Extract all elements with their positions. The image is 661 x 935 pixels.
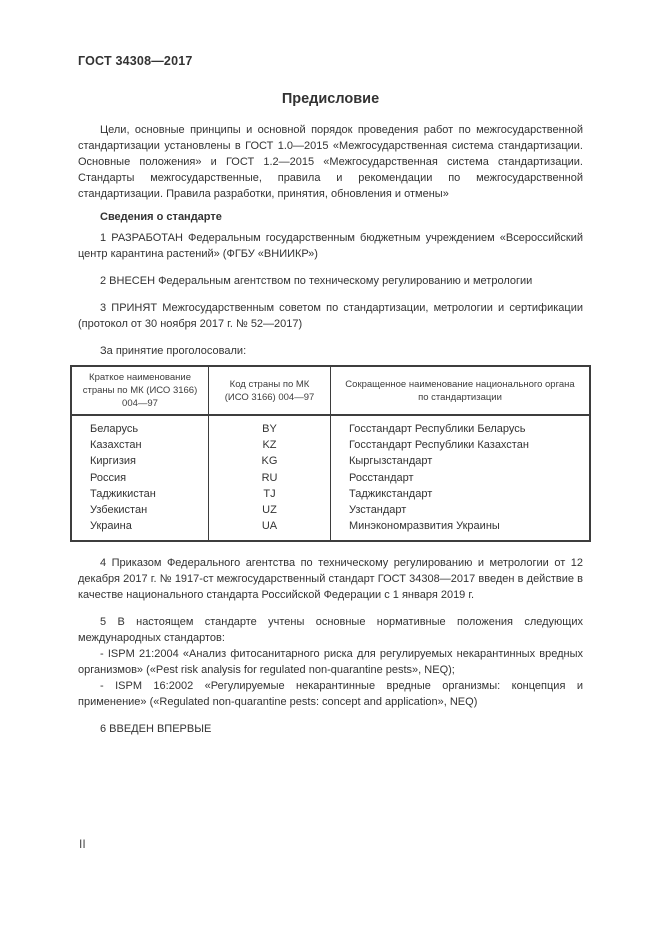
country-cell: Беларусь xyxy=(71,415,209,437)
item-standards-ref-ispm21: - ISPM 21:2004 «Анализ фитосанитарного р… xyxy=(78,646,583,678)
col-header-country: Краткое наименование страны по МК (ИСО 3… xyxy=(71,366,209,415)
item-adopted: 3 ПРИНЯТ Межгосударственным советом по с… xyxy=(78,300,583,332)
org-cell: Кыргызстандарт xyxy=(330,453,590,469)
country-cell: Украина xyxy=(71,518,209,541)
country-cell: Казахстан xyxy=(71,437,209,453)
doc-code: ГОСТ 34308—2017 xyxy=(78,54,583,68)
table-row: Беларусь BY Госстандарт Республики Белар… xyxy=(71,415,590,437)
table-row: Казахстан KZ Госстандарт Республики Каза… xyxy=(71,437,590,453)
table-row: Таджикистан TJ Таджикстандарт xyxy=(71,486,590,502)
table-row: Россия RU Росстандарт xyxy=(71,470,590,486)
table-row: Узбекистан UZ Узстандарт xyxy=(71,502,590,518)
item-standards-ref-ispm16: - ISPM 16:2002 «Регулируемые некарантинн… xyxy=(78,678,583,710)
code-cell: BY xyxy=(209,415,331,437)
org-cell: Узстандарт xyxy=(330,502,590,518)
country-cell: Киргизия xyxy=(71,453,209,469)
org-cell: Госстандарт Республики Казахстан xyxy=(330,437,590,453)
item-first-introduced: 6 ВВЕДЕН ВПЕРВЫЕ xyxy=(78,721,583,737)
col-header-code: Код страны по МК (ИСО 3166) 004—97 xyxy=(209,366,331,415)
vote-table-header: Краткое наименование страны по МК (ИСО 3… xyxy=(71,366,590,415)
org-cell: Минэкономразвития Украины xyxy=(330,518,590,541)
item-developed: 1 РАЗРАБОТАН Федеральным государственным… xyxy=(78,230,583,262)
country-cell: Узбекистан xyxy=(71,502,209,518)
item-submitted: 2 ВНЕСЕН Федеральным агентством по техни… xyxy=(78,273,583,289)
code-cell: UA xyxy=(209,518,331,541)
org-cell: Росстандарт xyxy=(330,470,590,486)
item-order: 4 Приказом Федерального агентства по тех… xyxy=(78,555,583,603)
code-cell: UZ xyxy=(209,502,331,518)
col-header-org: Сокращенное наименование национального о… xyxy=(330,366,590,415)
page-title: Предисловие xyxy=(78,91,583,107)
intro-paragraph: Цели, основные принципы и основной поряд… xyxy=(78,122,583,202)
country-cell: Таджикистан xyxy=(71,486,209,502)
code-cell: KZ xyxy=(209,437,331,453)
table-row: Киргизия KG Кыргызстандарт xyxy=(71,453,590,469)
code-cell: RU xyxy=(209,470,331,486)
org-cell: Таджикстандарт xyxy=(330,486,590,502)
document-page: ГОСТ 34308—2017 Предисловие Цели, основн… xyxy=(0,0,661,935)
table-row: Украина UA Минэкономразвития Украины xyxy=(71,518,590,541)
code-cell: KG xyxy=(209,453,331,469)
standard-info-heading: Сведения о стандарте xyxy=(78,209,583,225)
org-cell: Госстандарт Республики Беларусь xyxy=(330,415,590,437)
page-number: II xyxy=(79,837,86,851)
code-cell: TJ xyxy=(209,486,331,502)
vote-table: Краткое наименование страны по МК (ИСО 3… xyxy=(70,365,591,542)
item-standards-lead: 5 В настоящем стандарте учтены основные … xyxy=(78,614,583,646)
vote-intro: За принятие проголосовали: xyxy=(78,343,583,359)
country-cell: Россия xyxy=(71,470,209,486)
